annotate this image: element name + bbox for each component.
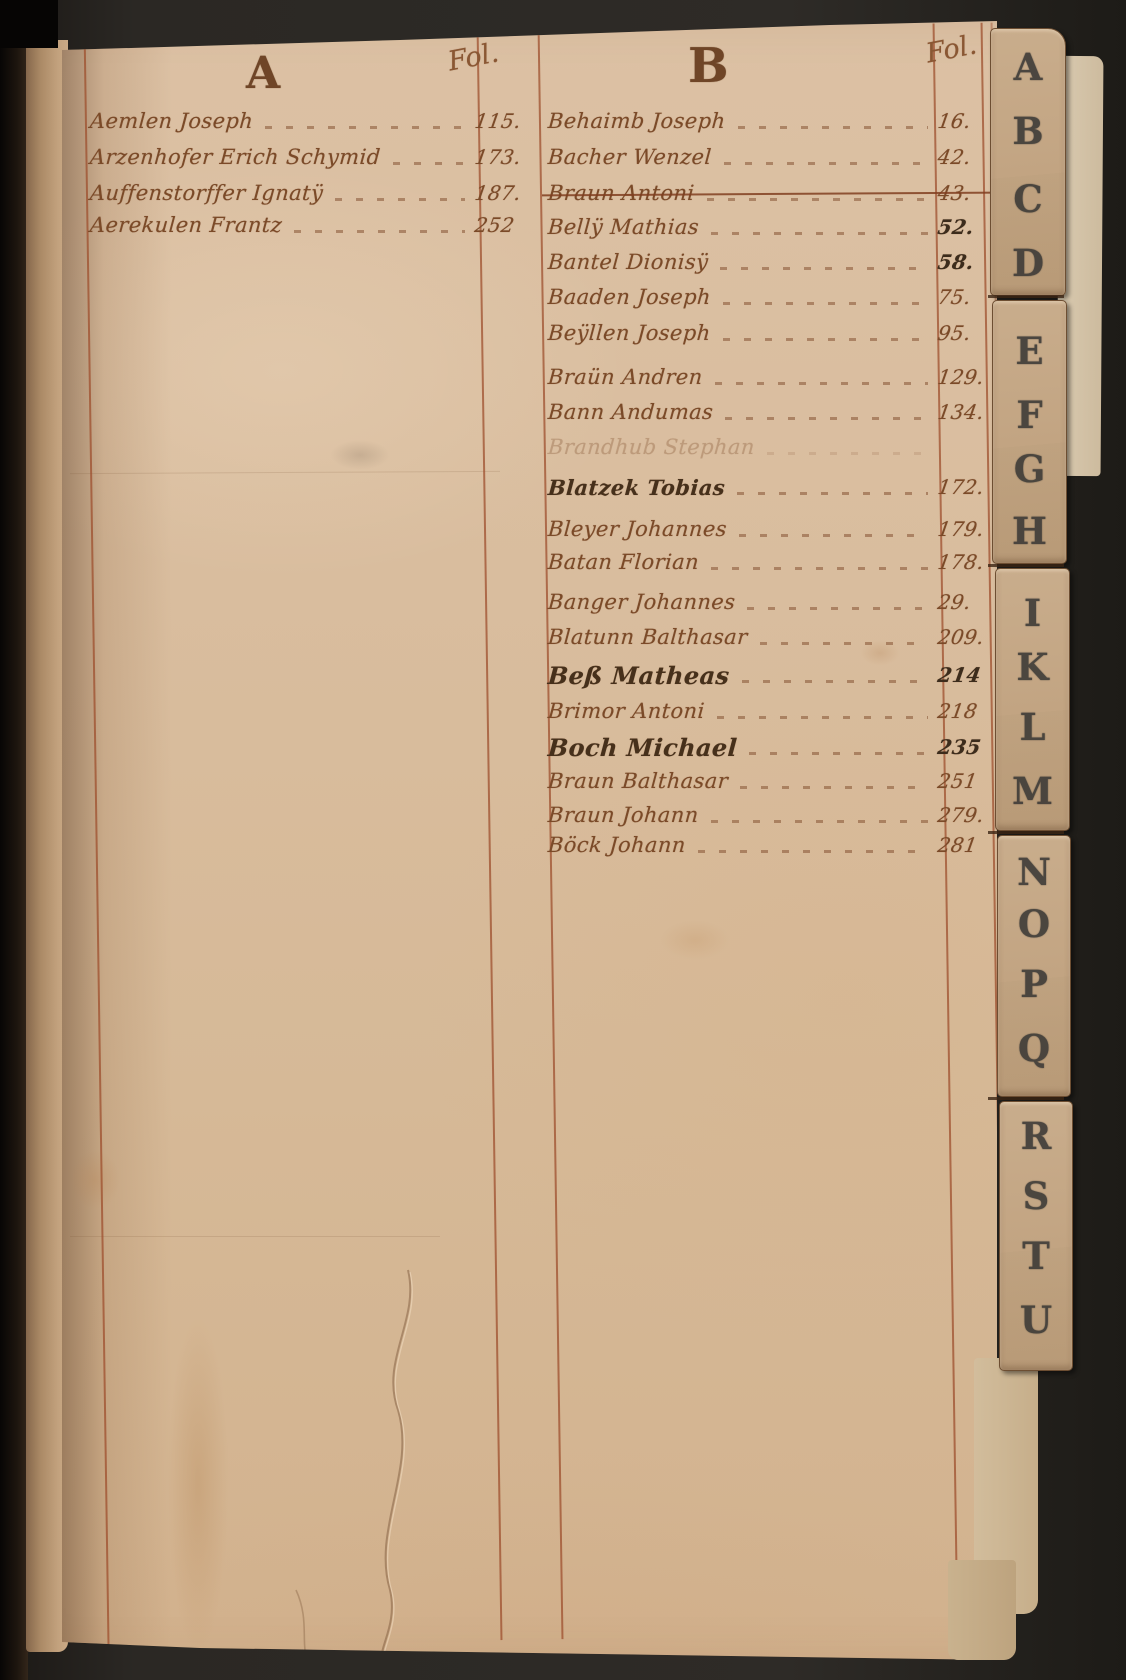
alpha-tab-rstu: R S T U xyxy=(999,1101,1073,1371)
index-entry-row: Blatunn Balthasar 209. xyxy=(548,620,1000,654)
tab-letter-e: E xyxy=(1015,329,1043,373)
tab-letter-l: L xyxy=(1019,705,1045,749)
leader-dots xyxy=(724,162,928,165)
index-entry-row: Braün Andren 129. xyxy=(548,360,1000,394)
entry-name: Batan Florian xyxy=(547,550,700,574)
entry-name: Braun Balthasar xyxy=(547,769,729,793)
left-page-edges xyxy=(26,40,68,1652)
entry-name: Blatzek Tobias xyxy=(547,475,726,500)
index-entry-row: Aerekulen Frantz 252 xyxy=(90,208,537,242)
entry-name: Blatunn Balthasar xyxy=(547,625,748,649)
index-entry-row: Batan Florian 178. xyxy=(548,545,1000,579)
leader-dots xyxy=(393,162,465,165)
tab-gap xyxy=(988,564,1064,567)
leader-dots xyxy=(717,716,928,719)
leader-dots xyxy=(738,126,929,129)
entry-fol: 187. xyxy=(473,181,539,205)
index-entry-row: Behaimb Joseph 16. xyxy=(548,104,1000,138)
index-entry-row: Braun Johann 279. xyxy=(548,798,1000,832)
leader-dots xyxy=(767,452,928,455)
tab-letter-p: P xyxy=(1020,962,1048,1006)
leader-dots xyxy=(747,607,928,610)
index-entry-row-faded: Brandhub Stephan xyxy=(548,430,1000,464)
leader-dots xyxy=(707,198,928,201)
entry-name: Braün Andren xyxy=(547,365,703,389)
tab-letter-d: D xyxy=(1012,241,1044,285)
entry-fol: 252 xyxy=(473,213,539,237)
leader-dots xyxy=(715,382,928,385)
leader-dots xyxy=(749,752,928,755)
entry-name: Bann Andumas xyxy=(547,400,714,424)
tab-letter-h: H xyxy=(1012,509,1047,553)
index-entry-row: Bacher Wenzel 42. xyxy=(548,140,1000,174)
index-entry-row: Boch Michael 235 xyxy=(548,730,1000,764)
entry-name: Baaden Joseph xyxy=(547,285,712,309)
manuscript-scan: A Fol. B Fol. Aemlen Joseph 115. Arzenho… xyxy=(0,0,1126,1680)
tab-letter-t: T xyxy=(1022,1234,1050,1278)
entry-name: Boch Michael xyxy=(547,733,738,762)
leader-dots xyxy=(711,232,928,235)
index-entry-row: Blatzek Tobias 172. xyxy=(548,470,1000,504)
margin-rule xyxy=(84,36,109,1646)
entry-name: Brandhub Stephan xyxy=(547,435,755,459)
entry-name: Beß Matheas xyxy=(547,661,731,690)
index-entry-row: Beß Matheas 214 xyxy=(548,658,1000,692)
leader-dots xyxy=(711,820,928,823)
leader-dots xyxy=(265,126,465,129)
tab-letter-u: U xyxy=(1020,1298,1052,1342)
alpha-tab-iklm: I K L M xyxy=(995,568,1070,831)
index-entry-row: Brimor Antoni 218 xyxy=(548,694,1000,728)
leader-dots xyxy=(698,850,928,853)
dark-corner xyxy=(0,0,58,48)
alpha-tab-abcd: A B C D xyxy=(990,28,1066,296)
entry-name: Bantel Dionisÿ xyxy=(547,250,709,274)
leader-dots xyxy=(711,567,928,570)
entry-name: Brimor Antoni xyxy=(547,699,705,723)
leader-dots xyxy=(294,230,465,233)
tab-letter-a: A xyxy=(1014,45,1043,89)
tab-gap xyxy=(988,831,1064,834)
leader-dots xyxy=(739,534,928,537)
index-entry-row: Auffenstorffer Ignatÿ 187. xyxy=(90,176,537,210)
index-entry-row: Aemlen Joseph 115. xyxy=(90,104,537,138)
entry-name: Bellÿ Mathias xyxy=(547,215,700,239)
section-letter-a: A xyxy=(246,48,280,99)
index-entry-row: Banger Johannes 29. xyxy=(548,585,1000,619)
entry-fol: 29. xyxy=(936,590,1002,614)
column-a-fol-rule xyxy=(477,30,502,1640)
entry-name: Arzenhofer Erich Schymid xyxy=(89,145,381,169)
index-entry-row: Beÿllen Joseph 95. xyxy=(548,316,1000,350)
index-entry-row: Bleyer Johannes 179. xyxy=(548,512,1000,546)
entry-name: Auffenstorffer Ignatÿ xyxy=(89,181,324,205)
entry-name: Braun Johann xyxy=(547,803,699,827)
leader-dots xyxy=(723,338,928,341)
tab-letter-n: N xyxy=(1017,850,1051,894)
index-page: A Fol. B Fol. Aemlen Joseph 115. Arzenho… xyxy=(0,0,1126,1680)
entry-name: Bacher Wenzel xyxy=(547,145,712,169)
entry-name: Beÿllen Joseph xyxy=(547,321,711,345)
tab-letter-o: O xyxy=(1018,902,1050,946)
tab-letter-i: I xyxy=(1024,591,1041,635)
index-entry-row: Bann Andumas 134. xyxy=(548,395,1000,429)
entry-fol: 281 xyxy=(936,833,1002,857)
entry-fol: 218 xyxy=(936,699,1002,723)
leader-dots xyxy=(737,492,928,495)
tab-letter-q: Q xyxy=(1018,1026,1050,1070)
index-entry-row: Arzenhofer Erich Schymid 173. xyxy=(90,140,537,174)
entry-name: Banger Johannes xyxy=(547,590,736,614)
tab-letter-r: R xyxy=(1021,1114,1052,1158)
entry-fol: 173. xyxy=(473,145,539,169)
leader-dots xyxy=(723,302,928,305)
leader-dots xyxy=(725,417,928,420)
tab-letter-s: S xyxy=(1023,1174,1050,1218)
entry-name: Aerekulen Frantz xyxy=(89,213,283,237)
leader-dots xyxy=(740,786,928,789)
index-entry-row: Böck Johann 281 xyxy=(548,828,1000,862)
index-entry-row: Baaden Joseph 75. xyxy=(548,280,1000,314)
section-letter-b: B xyxy=(688,38,729,94)
tab-letter-c: C xyxy=(1013,177,1042,221)
tab-letter-m: M xyxy=(1012,769,1053,813)
leader-dots xyxy=(335,198,465,201)
tab-gap xyxy=(988,1097,1064,1100)
index-entry-row: Bellÿ Mathias 52. xyxy=(548,210,1000,244)
tab-letter-k: K xyxy=(1016,645,1048,689)
alpha-tab-nopq: N O P Q xyxy=(997,835,1071,1097)
entry-fol: 115. xyxy=(473,109,539,133)
entry-fol: 279. xyxy=(936,803,1002,827)
leader-dots xyxy=(742,680,928,683)
entry-name: Aemlen Joseph xyxy=(89,109,254,133)
leader-dots xyxy=(760,642,928,645)
entry-fol: 214 xyxy=(936,663,1002,687)
index-entry-row-struck: Braun Antoni 43. xyxy=(548,176,1000,210)
tab-letter-b: B xyxy=(1012,109,1043,153)
entry-fol: 251 xyxy=(936,769,1002,793)
leader-dots xyxy=(720,267,928,270)
book-spine xyxy=(0,0,28,1680)
index-entry-row: Bantel Dionisÿ 58. xyxy=(548,245,1000,279)
entry-name: Behaimb Joseph xyxy=(547,109,726,133)
tab-letter-g: G xyxy=(1014,447,1046,491)
tab-gap xyxy=(988,295,1064,298)
under-page-edge-bottom-2 xyxy=(948,1560,1016,1660)
entry-name: Bleyer Johannes xyxy=(547,517,728,541)
entry-fol: 209. xyxy=(936,625,1002,649)
entry-name: Braun Antoni xyxy=(547,181,695,205)
alpha-tab-efgh: E F G H xyxy=(992,300,1067,564)
index-entry-row: Braun Balthasar 251 xyxy=(548,764,1000,798)
entry-fol: 235 xyxy=(936,735,1002,759)
entry-name: Böck Johann xyxy=(547,833,686,857)
tab-letter-f: F xyxy=(1016,393,1042,437)
